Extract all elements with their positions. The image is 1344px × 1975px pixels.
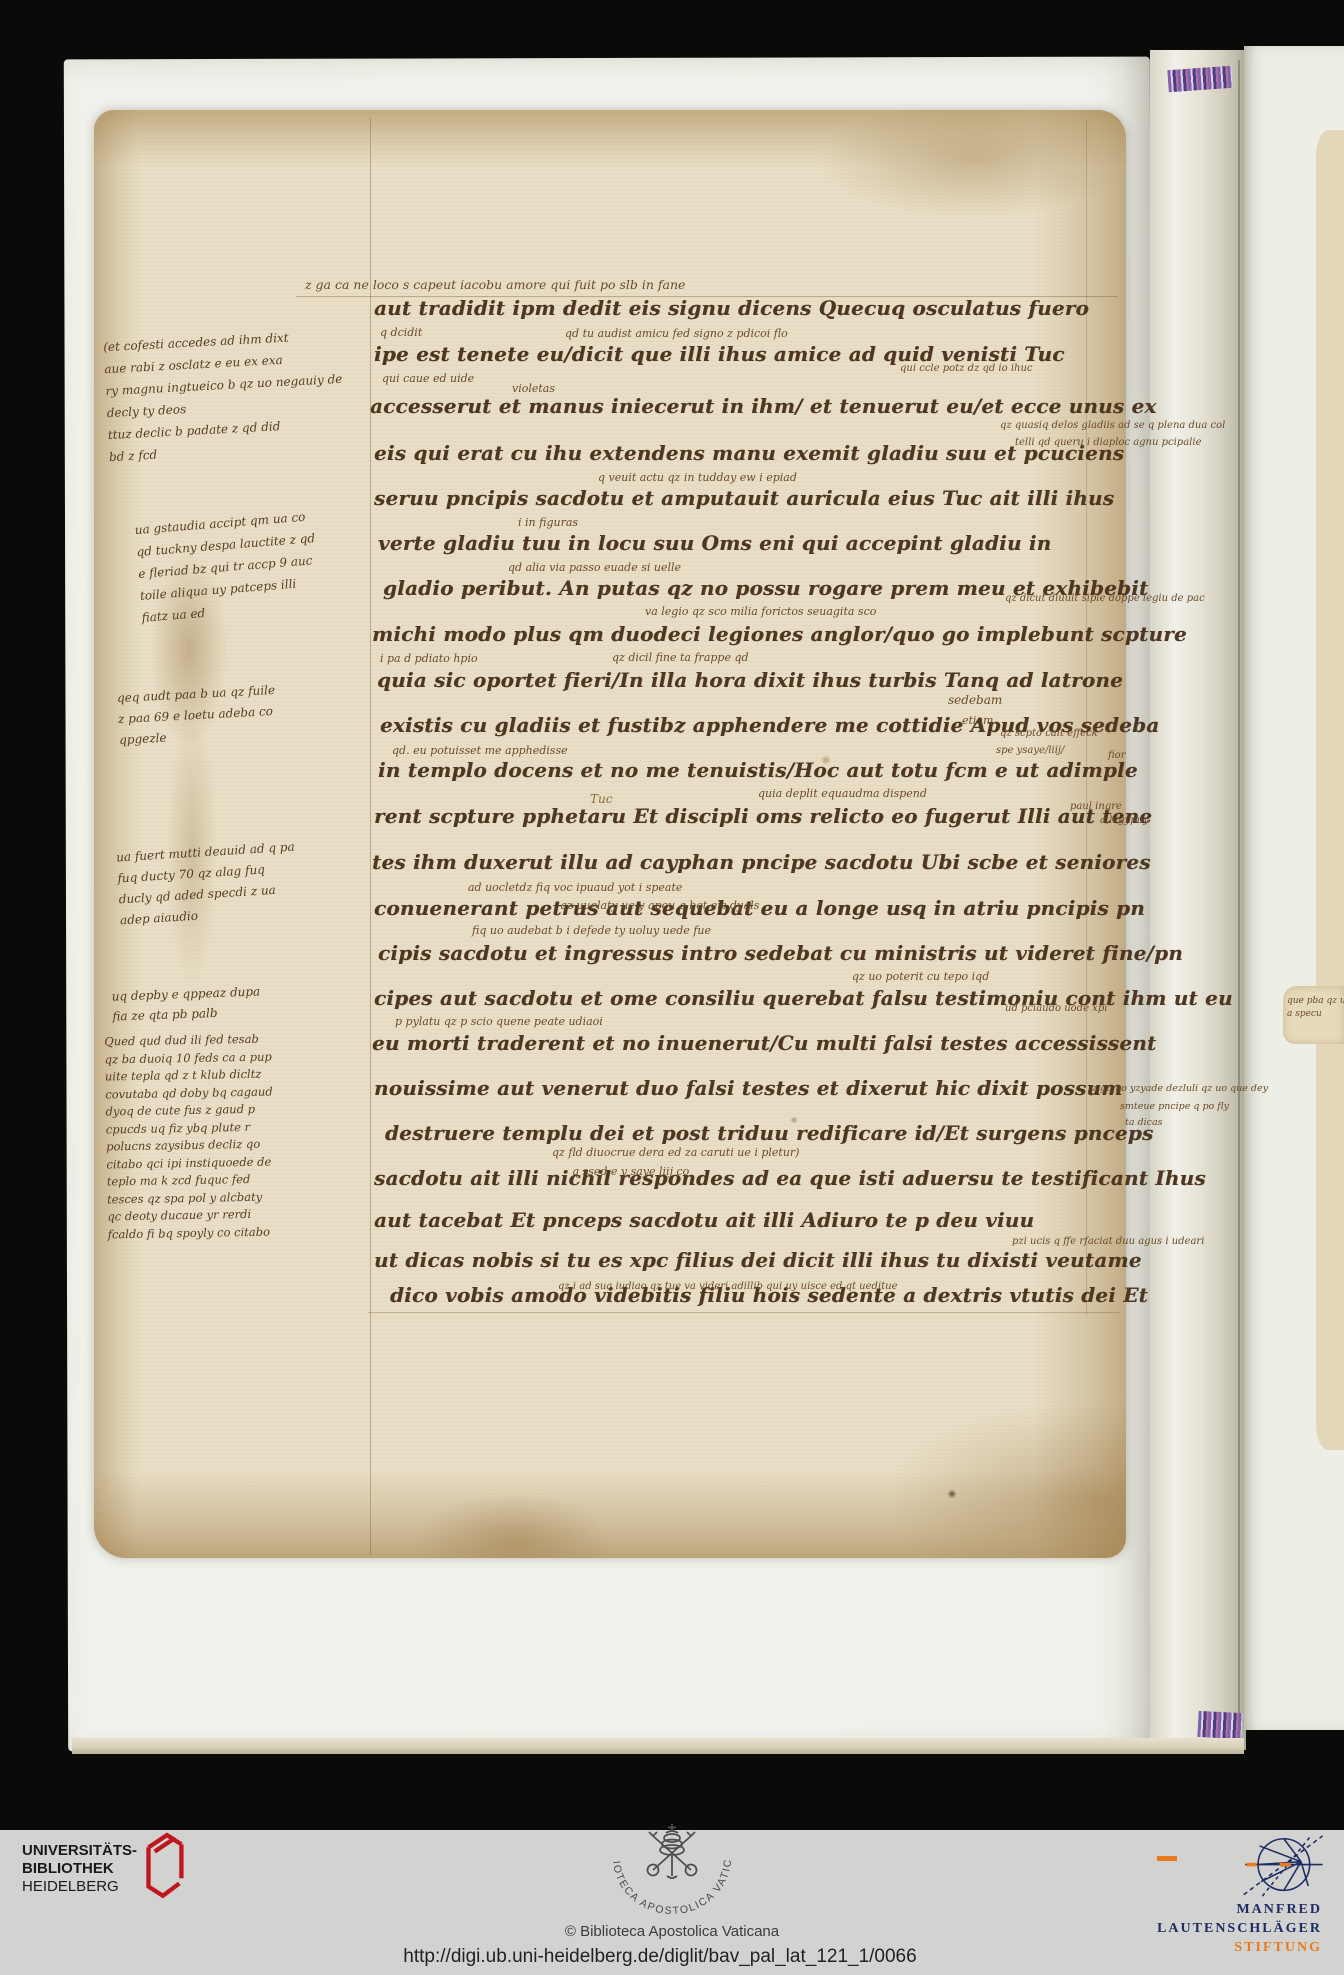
facing-page-leaf-edge — [1316, 130, 1344, 1450]
mls-orange-dash — [1157, 1856, 1177, 1861]
ruling-vertical-right — [1086, 120, 1087, 1315]
gutter-crease-line — [1238, 60, 1240, 1732]
ub-line1: UNIVERSITÄTS- — [22, 1842, 137, 1860]
facing-page-text-tab — [1283, 986, 1344, 1044]
footer-bar: UNIVERSITÄTS- BIBLIOTHEK HEIDELBERG BIBL… — [0, 1830, 1344, 1975]
ub-line3: HEIDELBERG — [22, 1878, 137, 1896]
ruling-horizontal-top — [296, 296, 1118, 297]
source-url-text: http://digi.ub.uni-heidelberg.de/diglit/… — [260, 1946, 1060, 1968]
mls-line3: STIFTUNG — [1157, 1938, 1322, 1957]
headband-bottom — [1197, 1711, 1242, 1739]
headband-top — [1167, 66, 1232, 92]
ub-heidelberg-wordmark: UNIVERSITÄTS- BIBLIOTHEK HEIDELBERG — [22, 1842, 137, 1896]
digitized-manuscript-photo: aut tradidit ipm dedit eis signu dicens … — [0, 0, 1344, 1975]
mls-line2: LAUTENSCHLÄGER — [1157, 1919, 1322, 1938]
mls-wordmark: MANFRED LAUTENSCHLÄGER STIFTUNG — [1157, 1900, 1322, 1957]
mls-line1: MANFRED — [1157, 1900, 1322, 1919]
vatican-copyright-text: © Biblioteca Apostolica Vaticana — [472, 1923, 872, 1940]
ub-heidelberg-book-icon — [138, 1832, 196, 1909]
book-bottom-page-edges — [72, 1738, 1244, 1754]
manuscript-leaf — [94, 110, 1126, 1558]
vatican-library-emblem-icon: BIBLIOTECA APOSTOLICA VATICANA — [597, 1822, 747, 1923]
ruling-vertical-left — [370, 118, 371, 1555]
ub-line2: BIBLIOTHEK — [22, 1860, 137, 1878]
book-gutter-fold — [1150, 50, 1246, 1750]
ruling-horizontal-bottom — [368, 1312, 1120, 1313]
